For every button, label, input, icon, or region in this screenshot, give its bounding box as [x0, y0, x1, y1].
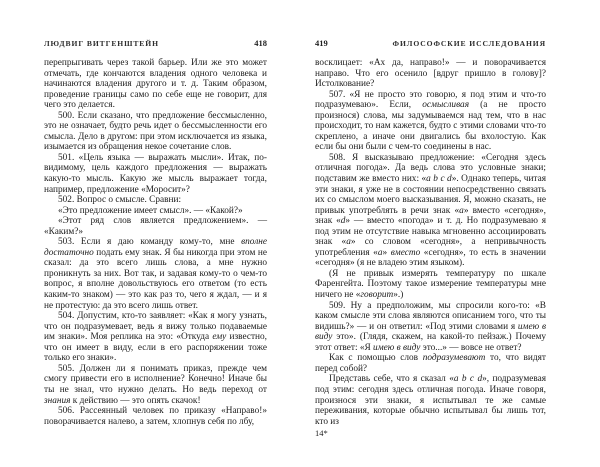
paragraph: 504. Допустим, кто-то заявляет: «Как я м…: [44, 311, 267, 364]
paragraph: «Это предложение имеет смысл». — «Какой?…: [44, 206, 267, 217]
paragraph: 508. Я высказываю предложение: «Сегодня …: [315, 153, 546, 269]
paragraph: 501. «Цель языка — выражать мысли». Итак…: [44, 153, 267, 195]
paragraph: 502. Вопрос о смысле. Сравни:: [44, 195, 267, 206]
paragraph: (Я не привык измерять температуру по шка…: [315, 269, 546, 301]
running-head-right: 419 ФИЛОСОФСКИЕ ИССЛЕДОВАНИЯ: [315, 38, 546, 48]
paragraph: Как с помощью слов подразумевают то, что…: [315, 353, 546, 374]
paragraph: «Этот ряд слов является предложением». —…: [44, 216, 267, 237]
author-running-title: ЛЮДВИГ ВИТГЕНШТЕЙН: [44, 39, 159, 48]
paragraph: 507. «Я не просто это говорю, я под этим…: [315, 90, 546, 153]
book-page-right: 419 ФИЛОСОФСКИЕ ИССЛЕДОВАНИЯ восклицает:…: [315, 38, 546, 438]
book-running-title: ФИЛОСОФСКИЕ ИССЛЕДОВАНИЯ: [393, 39, 546, 48]
paragraph: 500. Если сказано, что предложение бессм…: [44, 111, 267, 153]
paragraph: 509. Ну а предположим, мы спросили кого-…: [315, 301, 546, 354]
paragraph: 503. Если я даю команду кому-то, мне впо…: [44, 237, 267, 311]
page-text-left: перепрыгивать через такой барьер. Или же…: [44, 58, 267, 427]
paragraph: 505. Должен ли я понимать приказ, прежде…: [44, 364, 267, 406]
book-page-left: ЛЮДВИГ ВИТГЕНШТЕЙН 418 перепрыгивать чер…: [44, 38, 267, 427]
paragraph: Представь себе, что я сказал «a b c d», …: [315, 374, 546, 427]
running-head-left: ЛЮДВИГ ВИТГЕНШТЕЙН 418: [44, 38, 267, 48]
paragraph: восклицает: «Ах да, направо!» — и повора…: [315, 58, 546, 90]
page-number-left: 418: [254, 38, 267, 48]
page-text-right: восклицает: «Ах да, направо!» — и повора…: [315, 58, 546, 427]
paragraph: перепрыгивать через такой барьер. Или же…: [44, 58, 267, 111]
page-number-right: 419: [315, 38, 328, 48]
signature-mark: 14*: [315, 428, 546, 438]
paragraph: 506. Рассеянный человек по приказу «Напр…: [44, 406, 267, 427]
scanned-book-spread: { "document": { "left_page": { "header_a…: [0, 0, 600, 467]
